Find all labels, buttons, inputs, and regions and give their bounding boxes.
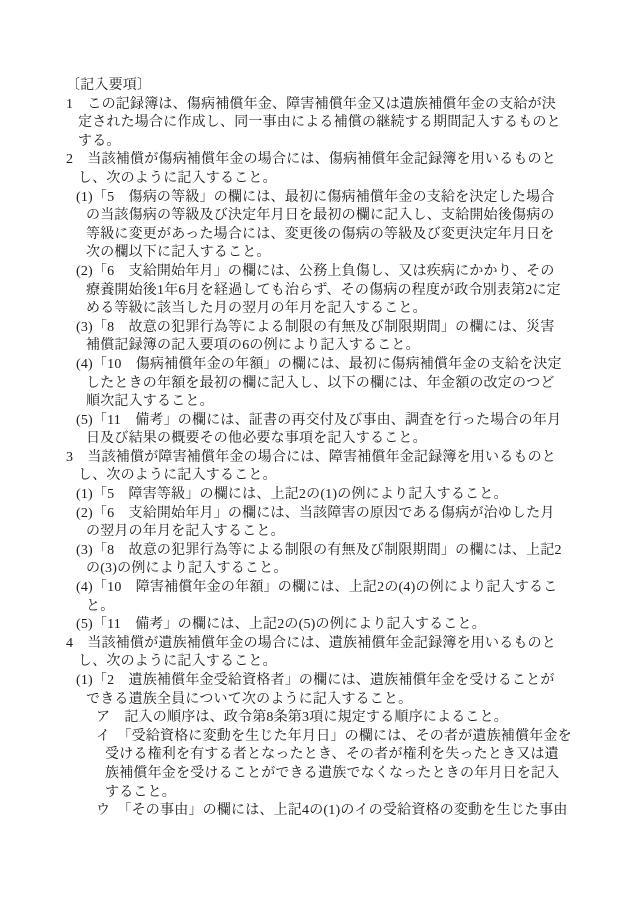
doc-line: すること。: [105, 784, 570, 803]
doc-line: (1)「5 傷病の等級」の欄には、最初に傷病補償年金の支給を決定した場合: [76, 189, 570, 208]
doc-line: する。: [78, 133, 570, 152]
doc-line: (2)「6 支給開始年月」の欄には、公務上負傷し、又は疾病にかかり、その: [76, 263, 570, 282]
doc-line: (5)「11 備考」の欄には、証書の再交付及び事由、調査を行った場合の年月: [76, 412, 570, 431]
doc-line: 等級に変更があった場合には、変更後の傷病の等級及び変更決定年月日を: [86, 226, 570, 245]
doc-line: できる遺族全員について次のように記入すること。: [86, 691, 570, 710]
doc-line: 日及び結果の概要その他必要な事項を記入すること。: [86, 430, 570, 449]
doc-line: 受ける権利を有する者となったとき、その者が権利を失ったとき又は遺: [105, 746, 570, 765]
doc-line: 補償記録簿の記入要項の6の例により記入すること。: [86, 337, 570, 356]
doc-heading: 〔記入要項〕: [66, 77, 570, 96]
doc-line: (3)「8 故意の犯罪行為等による制限の有無及び制限期間」の欄には、災害: [76, 319, 570, 338]
doc-line: イ 「受給資格に変動を生じた年月日」の欄には、その者が遺族補償年金を: [96, 728, 570, 747]
doc-line: したときの年額を最初の欄に記入し、以下の欄には、年金額の改定のつど: [86, 375, 570, 394]
doc-line: し、次のように記入すること。: [78, 653, 570, 672]
doc-line: (4)「10 障害補償年金の年額」の欄には、上記2の(4)の例により記入するこ: [76, 579, 570, 598]
doc-line: (5)「11 備考」の欄には、上記2の(5)の例により記入すること。: [76, 616, 570, 635]
doc-line: 族補償年金を受けることができる遺族でなくなったときの年月日を記入: [105, 765, 570, 784]
doc-line: の当該傷病の等級及び決定年月日を最初の欄に記入し、支給開始後傷病の: [86, 207, 570, 226]
doc-line: 療養開始後1年6月を経過しても治らず、その傷病の程度が政令別表第2に定: [86, 282, 570, 301]
doc-line: 次の欄以下に記入すること。: [86, 244, 570, 263]
doc-line: める等級に該当した月の翌月の年月を記入すること。: [86, 300, 570, 319]
doc-line: (3)「8 故意の犯罪行為等による制限の有無及び制限期間」の欄には、上記2: [76, 542, 570, 561]
doc-line: の(3)の例により記入すること。: [86, 560, 570, 579]
doc-line: ア 記入の順序は、政令第8条第3項に規定する順序によること。: [96, 709, 570, 728]
doc-line: 4 当該補償が遺族補償年金の場合には、遺族補償年金記録簿を用いるものと: [66, 635, 570, 654]
doc-line: し、次のように記入すること。: [78, 467, 570, 486]
doc-line: と。: [86, 598, 570, 617]
doc-line: ウ 「その事由」の欄には、上記4の(1)のイの受給資格の変動を生じた事由: [96, 802, 570, 821]
doc-line: 順次記入すること。: [86, 393, 570, 412]
doc-line: の翌月の年月を記入すること。: [86, 523, 570, 542]
doc-line: (4)「10 傷病補償年金の年額」の欄には、最初に傷病補償年金の支給を決定: [76, 356, 570, 375]
doc-line: (2)「6 支給開始年月」の欄には、当該障害の原因である傷病が治ゆした月: [76, 505, 570, 524]
doc-line: (1)「2 遺族補償年金受給資格者」の欄には、遺族補償年金を受けることが: [76, 672, 570, 691]
document-page: 〔記入要項〕 1 この記録簿は、傷病補償年金、障害補償年金又は遺族補償年金の支給…: [0, 0, 630, 903]
doc-line: 1 この記録簿は、傷病補償年金、障害補償年金又は遺族補償年金の支給が決: [66, 96, 570, 115]
doc-line: 2 当該補償が傷病補償年金の場合には、傷病補償年金記録簿を用いるものと: [66, 151, 570, 170]
doc-line: 3 当該補償が障害補償年金の場合には、障害補償年金記録簿を用いるものと: [66, 449, 570, 468]
doc-line: し、次のように記入すること。: [78, 170, 570, 189]
doc-line: (1)「5 障害等級」の欄には、上記2の(1)の例により記入すること。: [76, 486, 570, 505]
doc-line: 定された場合に作成し、同一事由による補償の継続する期間記入するものと: [78, 114, 570, 133]
